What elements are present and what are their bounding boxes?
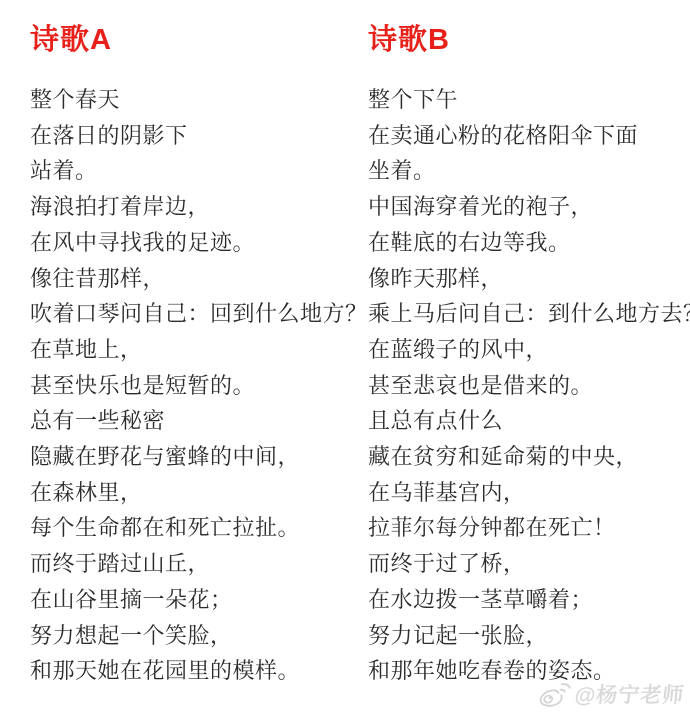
poem-line: 在鞋底的右边等我。 bbox=[368, 225, 690, 261]
poem-line: 努力记起一张脸， bbox=[368, 618, 690, 654]
poem-line: 总有一些秘密 bbox=[30, 403, 368, 439]
poem-line: 在森林里， bbox=[30, 475, 368, 511]
poem-line: 在水边拨一茎草嚼着； bbox=[368, 582, 690, 618]
poem-a-column: 诗歌A 整个春天在落日的阴影下站着。海浪拍打着岸边，在风中寻找我的足迹。像往昔那… bbox=[30, 24, 368, 689]
poem-line: 在风中寻找我的足迹。 bbox=[30, 225, 368, 261]
poem-line: 每个生命都在和死亡拉扯。 bbox=[30, 510, 368, 546]
poem-b-lines: 整个下午在卖通心粉的花格阳伞下面坐着。中国海穿着光的袍子，在鞋底的右边等我。像昨… bbox=[368, 82, 690, 689]
poem-line: 站着。 bbox=[30, 153, 368, 189]
poem-line: 隐藏在野花与蜜蜂的中间， bbox=[30, 439, 368, 475]
poem-line: 藏在贫穷和延命菊的中央， bbox=[368, 439, 690, 475]
poem-b-title: 诗歌B bbox=[368, 24, 690, 57]
poem-line: 吹着口琴问自己：回到什么地方？ bbox=[30, 296, 368, 332]
poem-line: 坐着。 bbox=[368, 153, 690, 189]
poem-line: 像往昔那样， bbox=[30, 261, 368, 297]
poem-a-lines: 整个春天在落日的阴影下站着。海浪拍打着岸边，在风中寻找我的足迹。像往昔那样，吹着… bbox=[30, 82, 368, 689]
poem-line: 而终于踏过山丘， bbox=[30, 546, 368, 582]
poem-columns: 诗歌A 整个春天在落日的阴影下站着。海浪拍打着岸边，在风中寻找我的足迹。像往昔那… bbox=[0, 0, 690, 689]
poem-a-title: 诗歌A bbox=[30, 24, 368, 57]
poem-line: 在山谷里摘一朵花； bbox=[30, 582, 368, 618]
weibo-icon bbox=[534, 680, 571, 708]
poem-line: 在落日的阴影下 bbox=[30, 118, 368, 154]
poem-line: 整个下午 bbox=[368, 82, 690, 118]
poem-line: 在草地上， bbox=[30, 332, 368, 368]
poem-line: 像昨天那样， bbox=[368, 261, 690, 297]
poem-line: 和那天她在花园里的模样。 bbox=[30, 653, 368, 689]
poem-line: 在乌菲基宫内， bbox=[368, 475, 690, 511]
poem-line: 甚至快乐也是短暂的。 bbox=[30, 368, 368, 404]
poem-line: 乘上马后问自己：到什么地方去？ bbox=[368, 296, 690, 332]
watermark-handle: @杨宁老师 bbox=[573, 679, 686, 709]
poem-line: 拉菲尔每分钟都在死亡！ bbox=[368, 510, 690, 546]
weibo-watermark: @杨宁老师 bbox=[534, 679, 686, 709]
poem-line: 整个春天 bbox=[30, 82, 368, 118]
poem-line: 海浪拍打着岸边， bbox=[30, 189, 368, 225]
poetry-comparison-page: 诗歌A 整个春天在落日的阴影下站着。海浪拍打着岸边，在风中寻找我的足迹。像往昔那… bbox=[0, 0, 690, 715]
poem-b-column: 诗歌B 整个下午在卖通心粉的花格阳伞下面坐着。中国海穿着光的袍子，在鞋底的右边等… bbox=[368, 24, 690, 689]
poem-line: 努力想起一个笑脸， bbox=[30, 618, 368, 654]
poem-line: 在蓝缎子的风中， bbox=[368, 332, 690, 368]
poem-line: 在卖通心粉的花格阳伞下面 bbox=[368, 118, 690, 154]
poem-line: 而终于过了桥， bbox=[368, 546, 690, 582]
poem-line: 中国海穿着光的袍子， bbox=[368, 189, 690, 225]
poem-line: 甚至悲哀也是借来的。 bbox=[368, 368, 690, 404]
poem-line: 且总有点什么 bbox=[368, 403, 690, 439]
